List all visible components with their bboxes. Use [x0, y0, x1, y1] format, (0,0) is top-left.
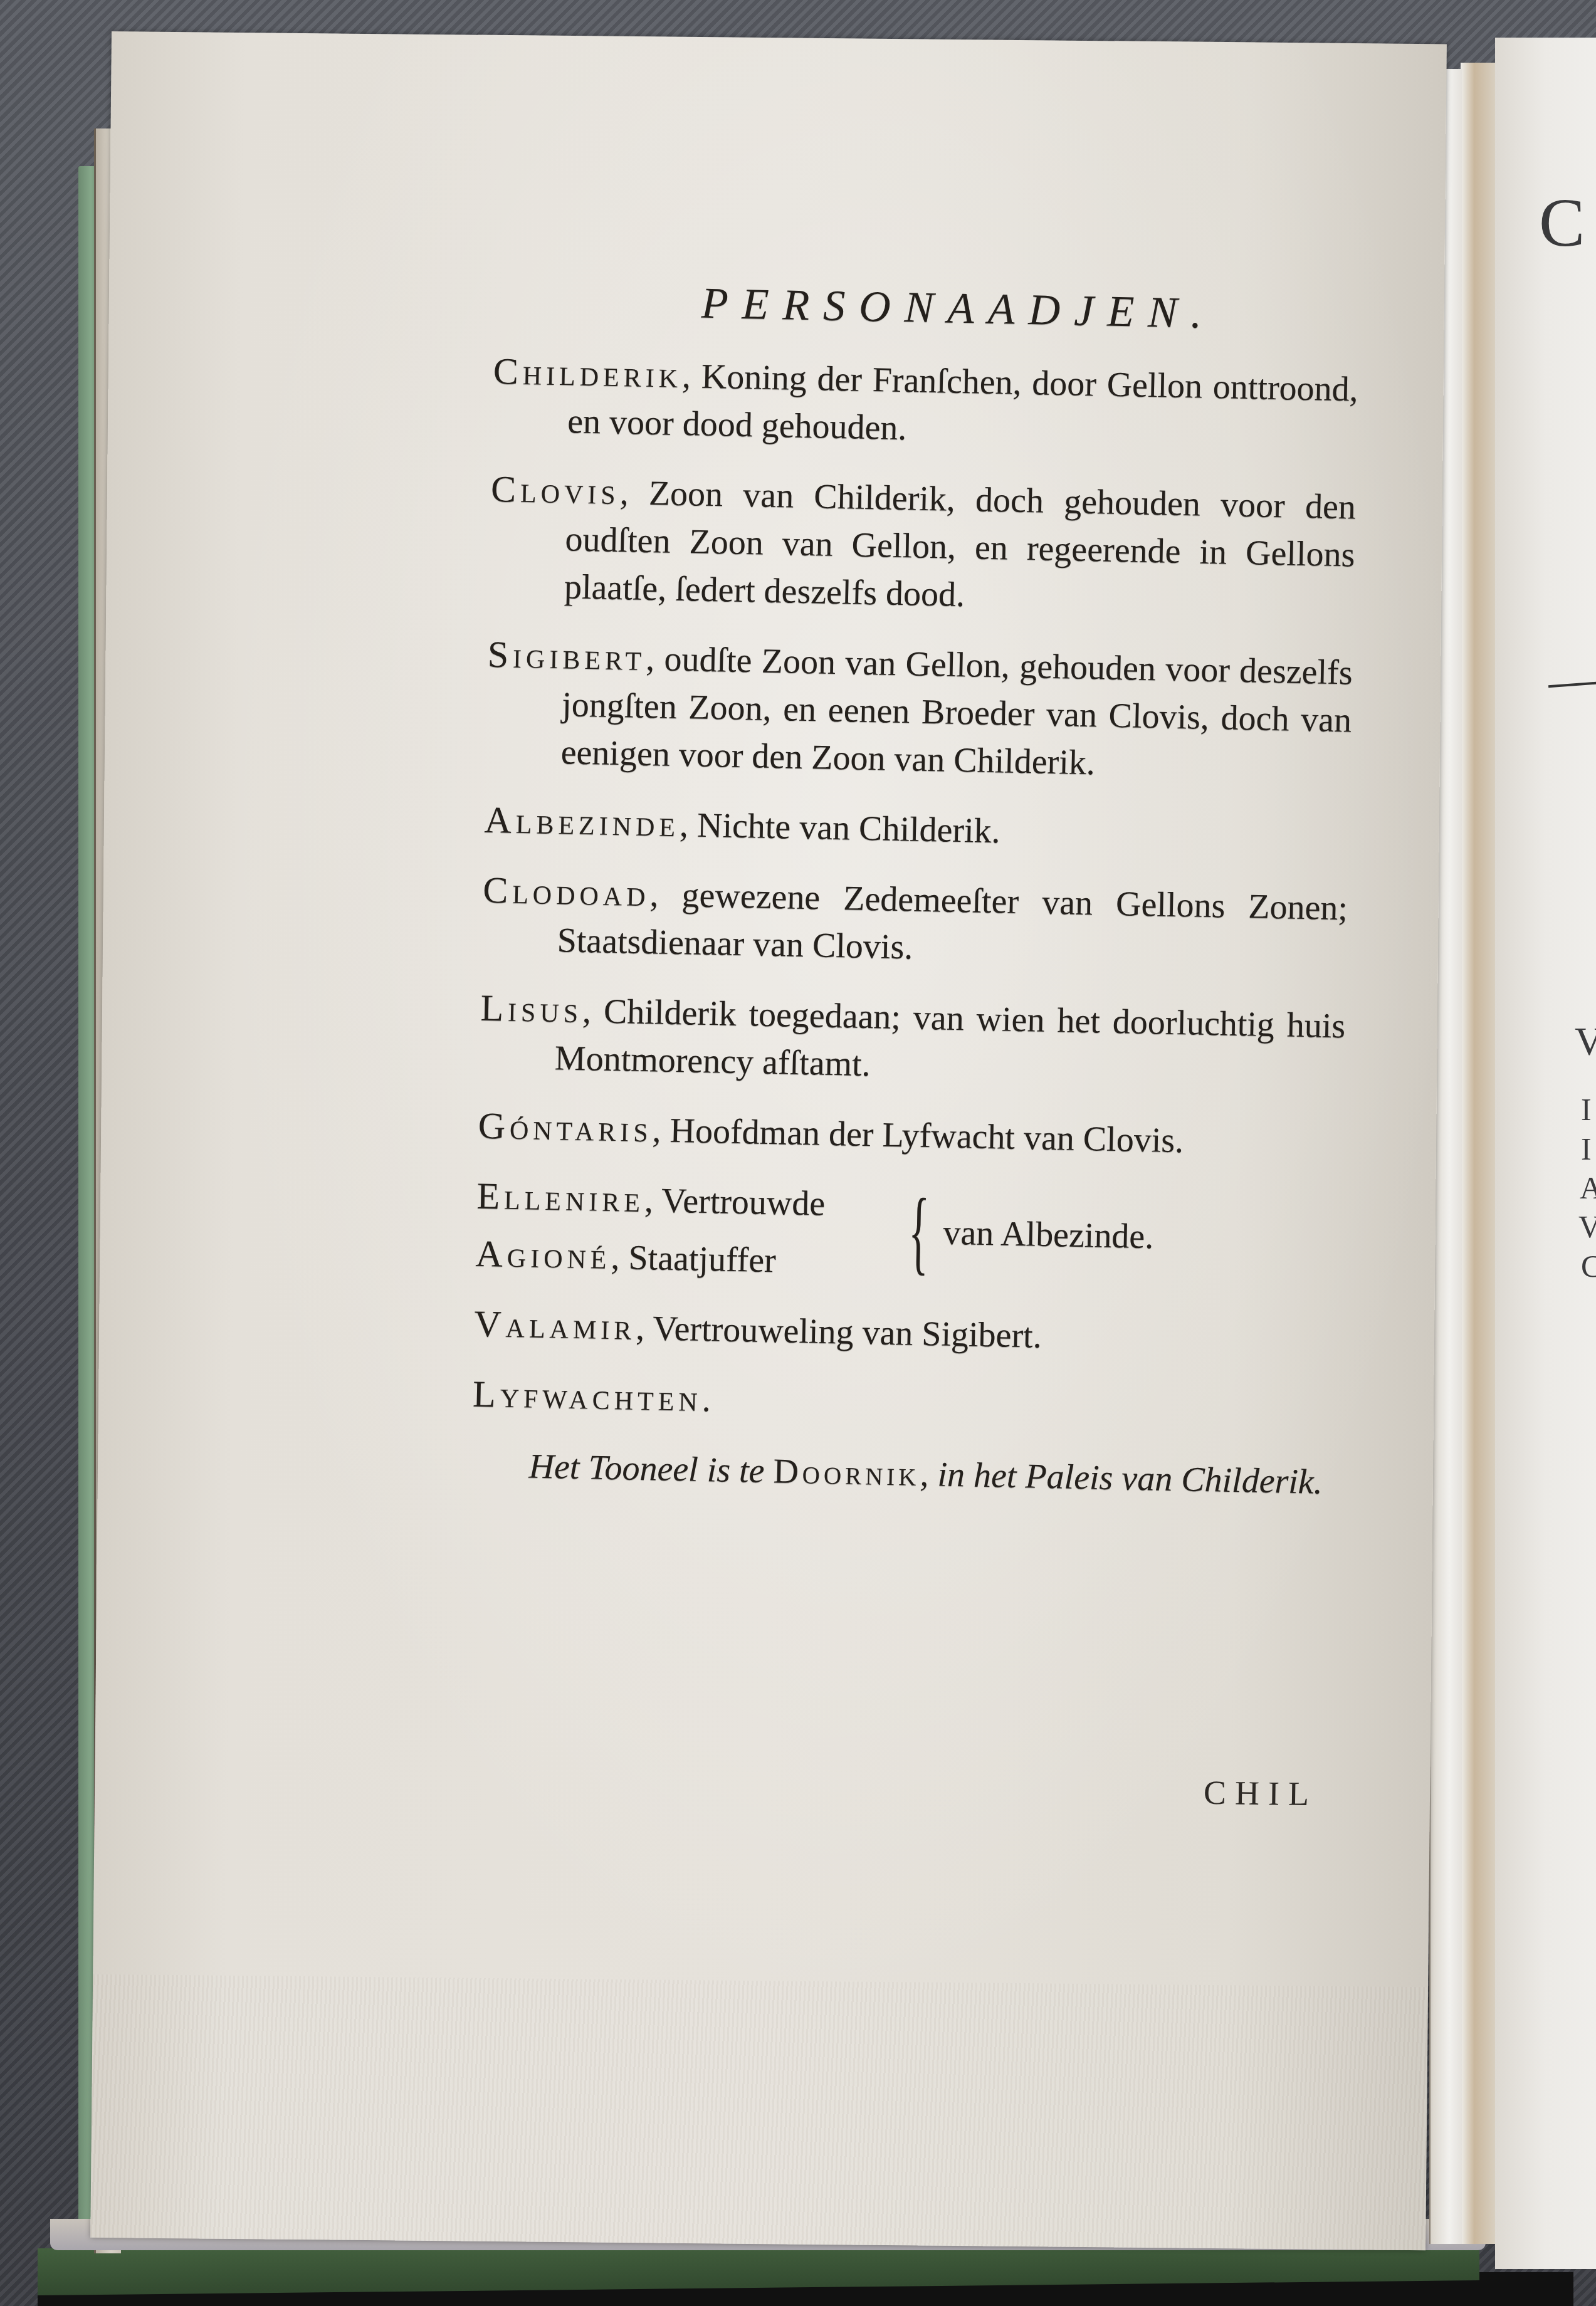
character-entry: Lyfwachten.	[472, 1370, 1338, 1437]
character-entry: Childerik, Koning der Franſchen, door Ge…	[492, 347, 1359, 461]
character-description: , Nichte van Childerik.	[679, 805, 1000, 851]
character-name: Clovis	[491, 468, 621, 512]
character-description: , gewezene Zedemeeſter van Gellons Zonen…	[557, 875, 1348, 967]
bracketed-character-group: Ellenire, Vertrouwde Agioné, Staatjuffer…	[475, 1172, 1342, 1296]
curly-brace-icon: {	[908, 1185, 930, 1279]
bracket-shared-description: van Albezinde.	[943, 1209, 1154, 1261]
character-description: , Vertrouweling van Sigibert.	[636, 1309, 1042, 1356]
next-page-fragment: C	[1539, 188, 1585, 257]
character-name: Childerik	[493, 350, 683, 396]
character-description: , Hoofdman der Lyfwacht van Clovis.	[652, 1111, 1184, 1160]
character-name: Clodoad	[483, 869, 651, 914]
character-name: Lisus	[480, 987, 583, 1030]
dramatis-personae: PERSONAADJEN. Childerik, Koning der Fran…	[471, 276, 1360, 1506]
character-name: Albezinde	[484, 799, 680, 844]
character-description: , oudſte Zoon van Gellon, gehouden voor …	[560, 639, 1353, 782]
character-description: , Childerik toegedaan; van wien het door…	[554, 992, 1346, 1084]
character-description: .	[701, 1380, 711, 1419]
character-entry: Albezinde, Nichte van Childerik.	[484, 796, 1350, 862]
character-entry: Clovis, Zoon van Childerik, doch gehoude…	[488, 465, 1356, 627]
character-name: Góntaris	[478, 1105, 653, 1150]
next-page-fragment: C	[1581, 1250, 1596, 1282]
character-description: , Zoon van Childerik, doch gehouden voor…	[564, 473, 1356, 614]
catchword: CHIL	[1204, 1773, 1318, 1814]
character-name: Ellenire	[476, 1175, 645, 1220]
character-entry: Góntaris, Hoofdman der Lyfwacht van Clov…	[478, 1102, 1343, 1168]
next-page-fragment: I	[1581, 1094, 1592, 1125]
character-name: Agioné	[475, 1233, 611, 1277]
character-entry: Clodoad, gewezene Zedemeeſter van Gellon…	[481, 866, 1348, 980]
character-name: Lyfwachten	[473, 1373, 703, 1419]
scene-prefix: Het Tooneel is te	[528, 1447, 774, 1491]
gutter-fold	[1461, 63, 1495, 2244]
scene-city: Doornik	[773, 1452, 920, 1494]
character-description: , Vertrouwde	[644, 1181, 825, 1224]
scene-suffix: , in het Paleis van Childerik.	[920, 1455, 1323, 1502]
character-name: Valamir	[474, 1303, 636, 1348]
next-page-fragment: I	[1581, 1133, 1592, 1165]
character-description: , Staatjuffer	[611, 1238, 777, 1280]
character-entry: Valamir, Vertrouweling van Sigibert.	[474, 1300, 1340, 1366]
character-entry: Ellenire, Vertrouwde	[476, 1172, 826, 1228]
next-page-fragment: A	[1580, 1172, 1596, 1203]
next-page-fragment: V	[1575, 1022, 1596, 1062]
character-entry: Lisus, Childerik toegedaan; van wien het…	[479, 984, 1346, 1098]
character-description: , Koning der Franſchen, door Gellon ontt…	[567, 357, 1359, 448]
character-entry: Agioné, Staatjuffer	[475, 1230, 777, 1285]
character-name: Sigibert	[487, 634, 646, 678]
character-entry: Sigibert, oudſte Zoon van Gellon, gehoud…	[485, 631, 1353, 792]
next-page-fragment: V	[1578, 1211, 1596, 1242]
